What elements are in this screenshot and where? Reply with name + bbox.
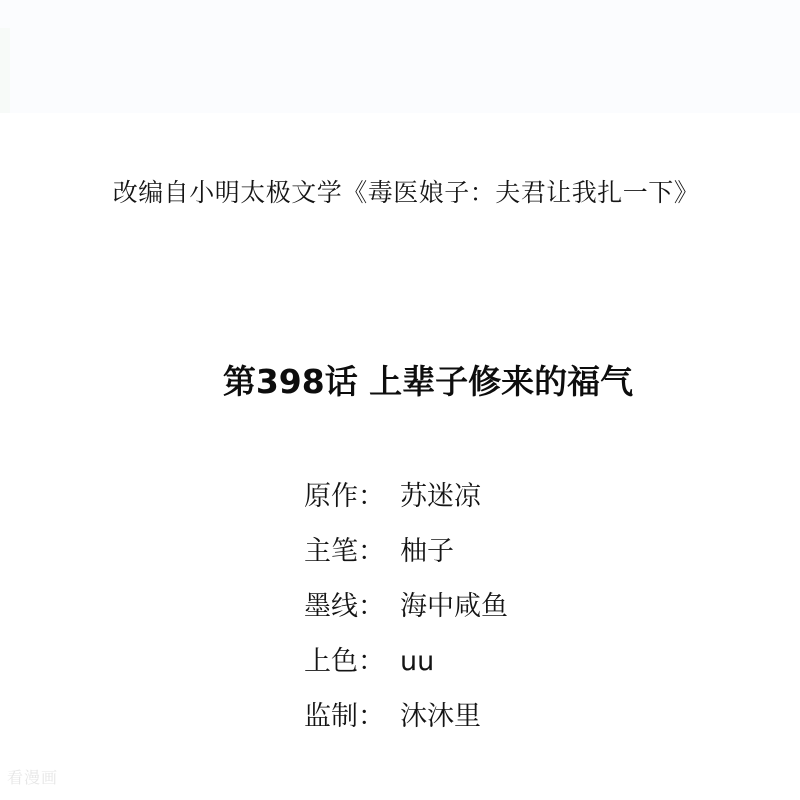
- credit-separator: ：: [358, 588, 400, 643]
- credit-row-coloring: 上色 ： uu: [304, 643, 508, 698]
- credit-separator: ：: [358, 643, 400, 698]
- credit-name: 海中咸鱼: [400, 588, 508, 643]
- credit-role: 墨线: [304, 588, 358, 643]
- credit-separator: ：: [358, 533, 400, 588]
- adaptation-subtitle: 改编自小明太极文学《毒医娘子：夫君让我扎一下》: [0, 176, 800, 210]
- credit-name: 苏迷凉: [400, 478, 481, 533]
- chapter-title: 第398话 上辈子修来的福气: [0, 360, 800, 404]
- credit-name: 沐沐里: [400, 698, 481, 753]
- credit-role: 监制: [304, 698, 358, 753]
- credit-row-line-art: 墨线 ： 海中咸鱼: [304, 588, 508, 643]
- credit-name: uu: [400, 643, 434, 698]
- credit-role: 主笔: [304, 533, 358, 588]
- credit-role: 上色: [304, 643, 358, 698]
- banner-edge: [0, 28, 10, 113]
- credit-row-original-author: 原作 ： 苏迷凉: [304, 478, 508, 533]
- credit-row-supervisor: 监制 ： 沐沐里: [304, 698, 508, 753]
- credit-row-lead-artist: 主笔 ： 柚子: [304, 533, 508, 588]
- credit-separator: ：: [358, 698, 400, 753]
- credit-role: 原作: [304, 478, 358, 533]
- credits-list: 原作 ： 苏迷凉 主笔 ： 柚子 墨线 ： 海中咸鱼 上色 ： uu 监制 ： …: [304, 478, 508, 753]
- watermark-text: 看漫画: [7, 768, 58, 788]
- credit-separator: ：: [358, 478, 400, 533]
- top-banner-area: [0, 0, 800, 113]
- credit-name: 柚子: [400, 533, 454, 588]
